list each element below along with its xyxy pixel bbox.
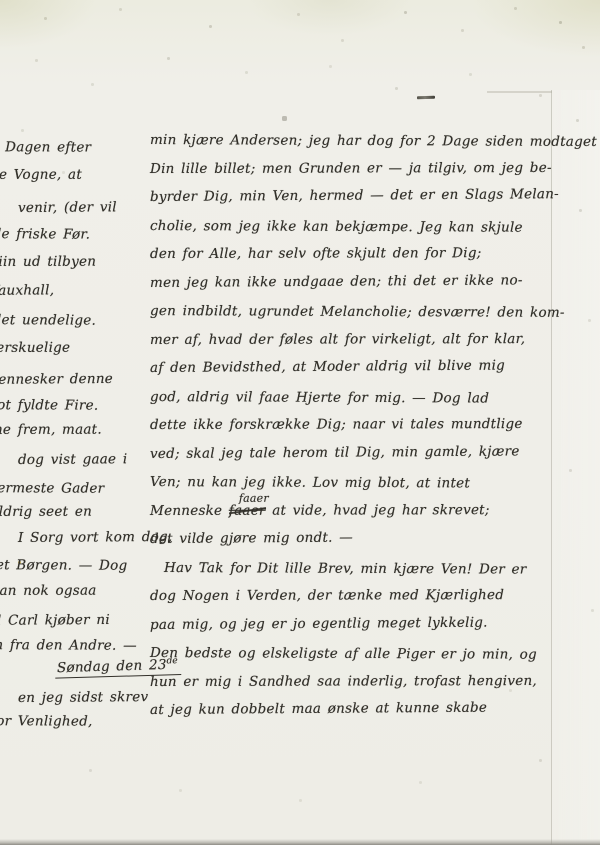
correction-suffix: at vide, hvad jeg har skrevet; xyxy=(266,502,490,519)
handwriting-line: den for Alle, har selv ofte skjult den f… xyxy=(150,245,482,262)
handwriting-line: de nærmeste Gader xyxy=(0,480,104,497)
handwriting-line: men jeg kan ikke undgaae den; thi det er… xyxy=(150,272,523,291)
correction-prefix: Menneske xyxy=(150,503,229,519)
handwriting-line: Dig for Venlighed, xyxy=(0,713,93,730)
handwriting-line: anden fra den Andre. — xyxy=(0,637,137,654)
handwriting-line-with-correction: Menneske faaerfaaer at vide, hvad jeg ha… xyxy=(150,502,490,519)
handwriting-line: Hav Tak for Dit lille Brev, min kjære Ve… xyxy=(164,560,527,578)
handwriting-line: byrder Dig, min Ven, hermed — det er en … xyxy=(150,186,559,205)
handwriting-line: har aldrig seet en xyxy=(0,504,92,520)
handwriting-line: af den Bevidsthed, at Moder aldrig vil b… xyxy=(150,358,505,376)
handwriting-line: de blot fyldte Fire. xyxy=(0,397,98,414)
bottom-edge-shadow xyxy=(0,839,600,845)
strikethrough-word: faaerfaaer xyxy=(229,503,266,519)
handwriting-line: venir, (der vil xyxy=(18,199,117,216)
handwriting-line: sendte Vogne, at xyxy=(0,167,82,183)
handwriting-line: nne det uendelige. xyxy=(0,312,96,329)
handwriting-line: var Vauxhall, xyxy=(0,282,54,299)
handwriting-line: paa mig, og jeg er jo egentlig meget lyk… xyxy=(150,615,488,633)
handwriting-line: te seet Børgen. — Dog xyxy=(0,557,127,574)
left-handwriting-column: dertil Dagen efter sendte Vogne, at veni… xyxy=(0,0,136,845)
handwriting-line: dog Nogen i Verden, der tænke med Kjærli… xyxy=(150,587,504,604)
handwriting-line: , uoverskuelige xyxy=(0,340,70,356)
letter-scan-page: dertil Dagen efter sendte Vogne, at veni… xyxy=(0,0,600,845)
handwriting-line: var hiin ud tilbyen xyxy=(0,254,96,270)
handwriting-line: hun er mig i Sandhed saa inderlig, trofa… xyxy=(150,673,537,690)
handwriting-line: Den bedste og elskeligste af alle Piger … xyxy=(150,645,537,663)
handwriting-line: komme frem, maat. xyxy=(0,422,102,438)
handwriting-line: gen indbildt, ugrundet Melancholie; desv… xyxy=(150,303,565,321)
handwriting-line: at jeg kun dobbelt maa ønske at kunne sk… xyxy=(150,700,487,718)
handwriting-line: 00 Mennesker denne xyxy=(0,371,113,388)
handwriting-line: min kjære Andersen; jeg har dog for 2 Da… xyxy=(150,132,597,150)
handwriting-line: dog vist gaae i xyxy=(18,451,127,468)
handwriting-line: Ven; nu kan jeg ikke. Lov mig blot, at i… xyxy=(150,474,470,491)
main-handwriting-column: min kjære Andersen; jeg har dog for 2 Da… xyxy=(150,0,570,845)
handwriting-line: mer af, hvad der føles alt for virkeligt… xyxy=(150,331,525,348)
handwriting-line: dette ikke forskrække Dig; naar vi tales… xyxy=(150,416,523,433)
inserted-correction: faaer xyxy=(239,492,269,505)
handwriting-line: god, aldrig vil faae Hjerte for mig. — D… xyxy=(150,389,489,406)
handwriting-line: det vilde gjøre mig ondt. — xyxy=(150,530,353,547)
handwriting-line: Din lille billet; men Grunden er — ja ti… xyxy=(150,160,552,177)
handwriting-line: cholie, som jeg ikke kan bekjæmpe. Jeg k… xyxy=(150,218,523,236)
handwriting-line: dertil Dagen efter xyxy=(0,139,91,156)
handwriting-line: nge de friske Før. xyxy=(0,226,90,243)
handwriting-line: en jeg sidst skrev xyxy=(18,689,148,706)
handwriting-line: har han nok ogsaa xyxy=(0,583,97,599)
handwriting-line: ved; skal jeg tale herom til Dig, min ga… xyxy=(150,443,520,462)
handwriting-line: Onkel Carl kjøber ni xyxy=(0,612,110,629)
